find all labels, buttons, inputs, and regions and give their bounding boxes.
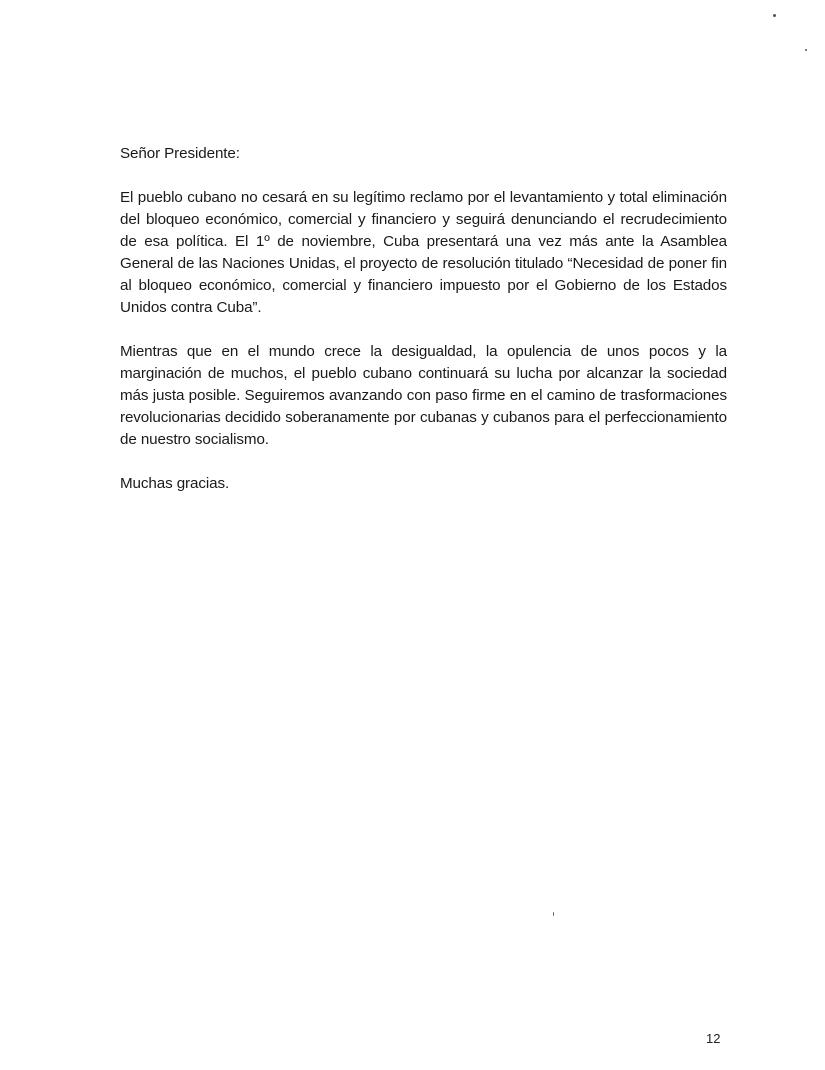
closing: Muchas gracias. (120, 473, 727, 495)
scan-speck (773, 14, 776, 17)
salutation: Señor Presidente: (120, 143, 727, 165)
page-number: 12 (706, 1031, 720, 1046)
paragraph-2: Mientras que en el mundo crece la desigu… (120, 341, 727, 451)
document-page: Señor Presidente: El pueblo cubano no ce… (0, 0, 825, 1070)
paragraph-1: El pueblo cubano no cesará en su legítim… (120, 187, 727, 319)
document-body: Señor Presidente: El pueblo cubano no ce… (120, 143, 727, 517)
scan-speck (805, 49, 807, 51)
scan-speck (553, 912, 554, 916)
